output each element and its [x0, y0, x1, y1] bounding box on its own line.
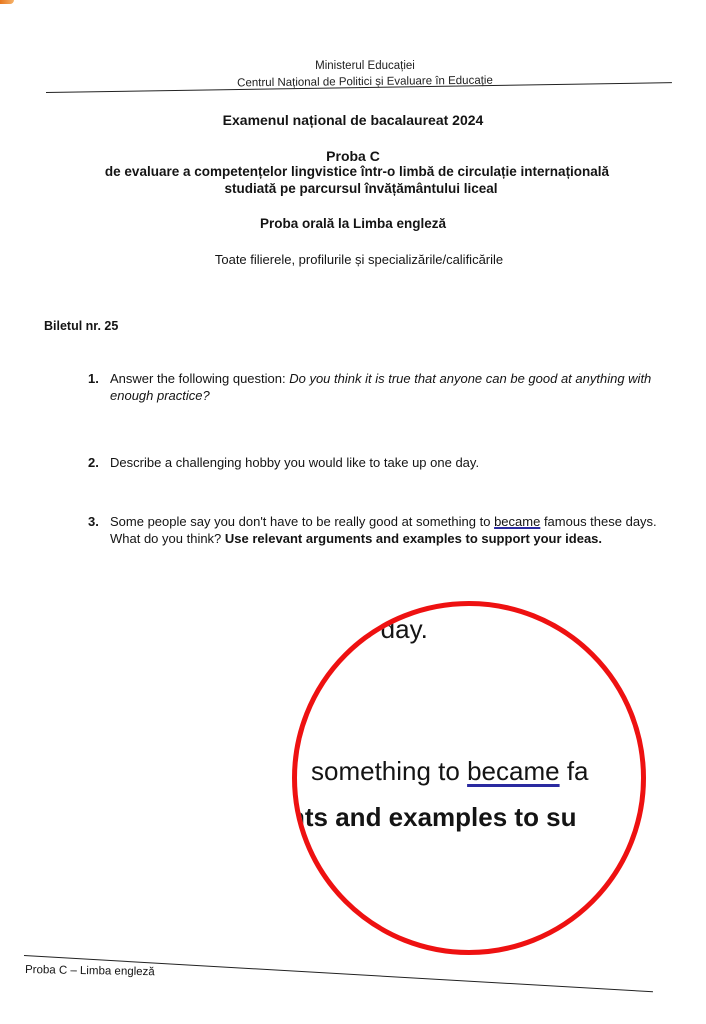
question-2: 2. Describe a challenging hobby you woul… [88, 454, 664, 471]
underlined-error-word: became [494, 514, 540, 529]
magnified-before: something to [311, 756, 467, 786]
oral-exam-title: Proba orală la Limba engleză [0, 216, 706, 231]
magnified-after: fa [560, 756, 589, 786]
page-footer: Proba C – Limba engleză [25, 964, 155, 978]
question-text: Describe a challenging hobby you would l… [110, 454, 664, 471]
question-number: 1. [88, 370, 99, 387]
ministry-header: Ministerul Educației [12, 60, 706, 72]
proba-title: Proba C [0, 148, 706, 164]
magnifier-callout: e day. something to became fa nts and ex… [292, 601, 646, 955]
question-number: 2. [88, 454, 99, 471]
audience-line: Toate filierele, profilurile și speciali… [6, 252, 706, 267]
question-text-before: Some people say you don't have to be rea… [110, 514, 494, 529]
magnified-bold-line: nts and examples to su [292, 802, 577, 833]
magnified-became: became [467, 756, 560, 786]
ticket-number: Biletul nr. 25 [44, 319, 118, 333]
corner-mark [0, 0, 14, 4]
question-1: 1. Answer the following question: Do you… [88, 370, 664, 404]
proba-subtitle-line2: studiată pe parcursul învățământului lic… [8, 181, 706, 196]
center-header: Centrul Național de Politici și Evaluare… [12, 72, 706, 91]
question-number: 3. [88, 513, 99, 530]
proba-subtitle-line1: de evaluare a competențelor lingvistice … [4, 164, 706, 179]
question-3: 3. Some people say you don't have to be … [88, 513, 668, 547]
magnified-day: e day. [359, 614, 428, 645]
question-lead: Answer the following question: [110, 371, 289, 386]
magnified-something: something to became fa [311, 756, 589, 787]
exam-title: Examenul național de bacalaureat 2024 [0, 112, 706, 128]
question-instruction: Use relevant arguments and examples to s… [225, 531, 602, 546]
